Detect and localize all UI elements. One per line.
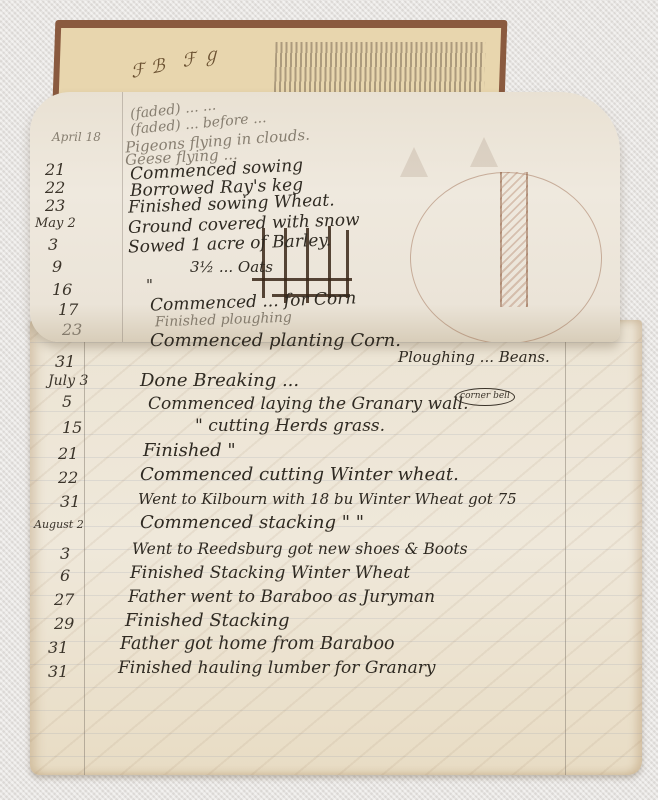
entry-date: 29: [54, 614, 74, 633]
entry-text: Commenced cutting Winter wheat.: [140, 464, 459, 485]
entry-text: " cutting Herds grass.: [195, 416, 385, 436]
entry-date: 22: [58, 468, 78, 487]
entry-text: Father went to Baraboo as Juryman: [128, 587, 435, 607]
entry-date: 31: [48, 638, 68, 657]
entry-date: 17: [58, 300, 78, 319]
entry-date: 15: [62, 418, 82, 437]
sketch-triangle: [400, 147, 428, 177]
entry-date: 27: [54, 590, 74, 609]
entry-date: 22: [45, 178, 65, 197]
entry-date: 16: [52, 280, 72, 299]
entry-date: 31: [55, 352, 75, 371]
right-margin-line: [565, 320, 566, 775]
photograph: ℱℬ ℱℊ April 18 (faded) ... ... (faded) .…: [0, 0, 658, 800]
entry-date: July 3: [48, 373, 88, 389]
entry-text: Father got home from Baraboo: [120, 634, 395, 654]
entry-text: Ploughing ... Beans.: [398, 348, 550, 366]
entry-text: 3½ ... Oats: [190, 258, 273, 276]
entry-date: 31: [48, 662, 68, 681]
sketch-triangle: [470, 137, 498, 167]
entry-date: August 2: [34, 518, 84, 531]
entry-date: 23: [45, 196, 65, 215]
entry-date: 23: [62, 320, 82, 339]
entry-text: ": [146, 276, 153, 294]
entry-text: Commenced planting Corn.: [150, 330, 401, 351]
entry-text: Went to Kilbourn with 18 bu Winter Wheat…: [138, 490, 517, 508]
entry-date: 5: [62, 392, 72, 411]
entry-text: Finished ": [143, 440, 236, 461]
entry-text: Finished Stacking Winter Wheat: [130, 563, 410, 583]
entry-text: Commenced stacking " ": [140, 512, 364, 533]
notebook-back-cover: ℱℬ ℱℊ: [53, 20, 508, 100]
entry-date: 3: [60, 544, 70, 563]
entry-text: Finished hauling lumber for Granary: [118, 658, 435, 678]
entry-text: Done Breaking ...: [140, 370, 299, 391]
entry-date: April 18: [52, 130, 101, 144]
entry-date: 31: [60, 492, 80, 511]
entry-text: Finished Stacking: [125, 610, 289, 631]
entry-date: 21: [58, 444, 78, 463]
cover-handwriting: ℱℬ ℱℊ: [128, 38, 227, 83]
entry-date: 6: [60, 566, 70, 585]
entry-text: Went to Reedsburg got new shoes & Boots: [132, 540, 468, 558]
date-margin-line: [122, 92, 123, 342]
sketch-post: [500, 172, 528, 307]
cover-inner-paper: ℱℬ ℱℊ: [59, 28, 502, 100]
entry-date: 9: [52, 257, 62, 276]
entry-text: Commenced laying the Granary wall.: [148, 394, 468, 414]
entry-date: 21: [45, 160, 65, 179]
entry-date: 3: [48, 235, 58, 254]
entry-date: May 2: [35, 216, 76, 231]
